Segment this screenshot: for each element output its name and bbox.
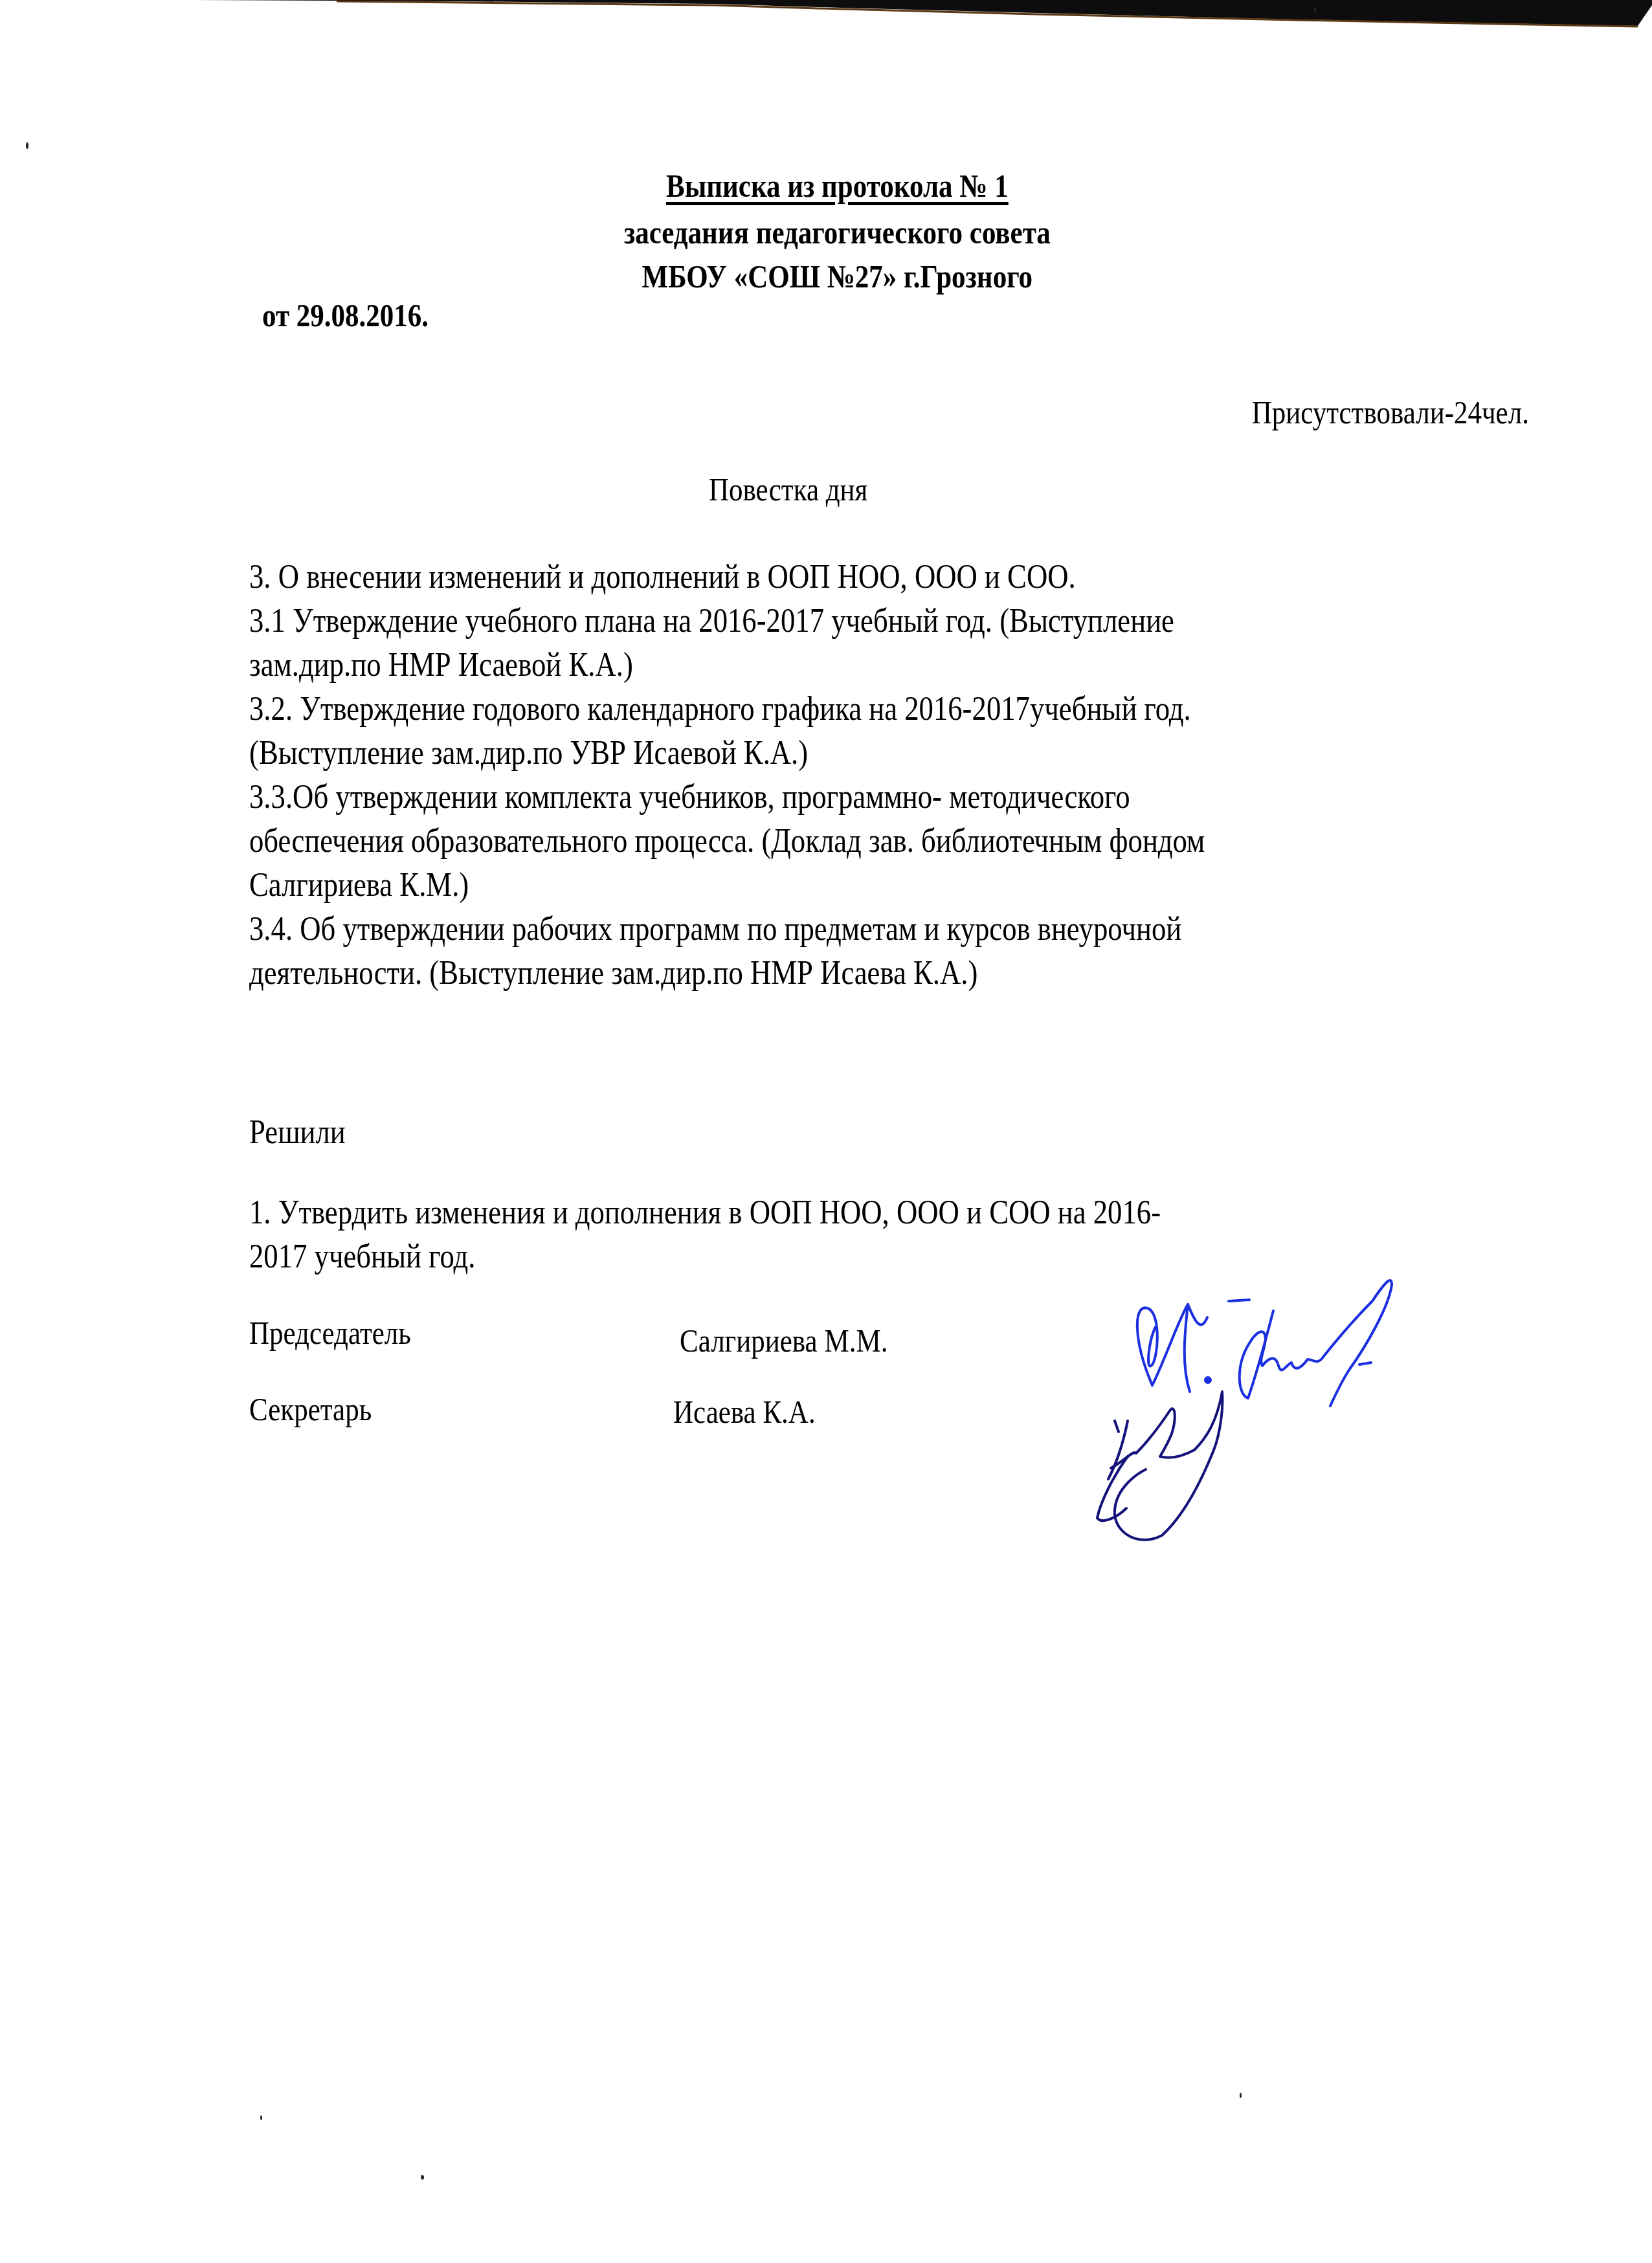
scan-speck bbox=[1240, 2093, 1242, 2098]
chair-signature-row: Председатель Салгириева М.М. bbox=[249, 1314, 1155, 1359]
secretary-role: Секретарь bbox=[249, 1390, 372, 1428]
agenda-line: 3.3.Об утверждении комплекта учебников, … bbox=[249, 775, 1530, 819]
decision-line: 1. Утвердить изменения и дополнения в ОО… bbox=[249, 1191, 1530, 1235]
attendance-count: Присутствовали-24чел. bbox=[1252, 394, 1529, 431]
chair-name: Салгириева М.М. bbox=[680, 1322, 887, 1359]
agenda-line: 3.4. Об утверждении рабочих программ по … bbox=[249, 908, 1530, 952]
agenda-line: обеспечения образовательного процесса. (… bbox=[249, 819, 1530, 864]
agenda-line: Салгириева К.М.) bbox=[249, 864, 1530, 908]
agenda-line: (Выступление зам.дир.по УВР Исаевой К.А.… bbox=[249, 731, 1530, 775]
handwritten-signature-icon bbox=[1088, 1262, 1411, 1554]
scan-edge-artifact bbox=[0, 0, 1652, 39]
secretary-signature-row: Секретарь Исаева К.А. bbox=[249, 1390, 1155, 1436]
agenda-line: деятельности. (Выступление зам.дир.по НМ… bbox=[249, 952, 1530, 996]
document-title: Выписка из протокола № 1 bbox=[127, 170, 1548, 202]
scan-speck bbox=[1314, 6, 1316, 13]
decision-heading: Решили bbox=[249, 1111, 1530, 1155]
scan-speck bbox=[421, 2175, 424, 2179]
chair-role: Председатель bbox=[249, 1314, 411, 1352]
title-line-3: МБОУ «СОШ №27» г.Грозного bbox=[127, 260, 1548, 293]
scan-speck bbox=[260, 2115, 262, 2120]
agenda-line: 3.2. Утверждение годового календарного г… bbox=[249, 687, 1530, 731]
agenda-line: 3.1 Утверждение учебного плана на 2016-2… bbox=[249, 599, 1530, 643]
agenda-line: зам.дир.по НМР Исаевой К.А.) bbox=[249, 643, 1530, 687]
title-line-1: Выписка из протокола № 1 bbox=[666, 168, 1009, 204]
secretary-name: Исаева К.А. bbox=[673, 1393, 816, 1431]
scan-speck bbox=[26, 142, 28, 149]
agenda-heading: Повестка дня bbox=[709, 471, 867, 508]
document-page: Выписка из протокола № 1 заседания педаг… bbox=[0, 0, 1652, 2263]
agenda-list: 3. О внесении изменений и дополнений в О… bbox=[249, 555, 1530, 996]
meeting-date: от 29.08.2016. bbox=[262, 296, 429, 334]
title-line-2: заседания педагогического совета bbox=[127, 216, 1548, 249]
agenda-line: 3. О внесении изменений и дополнений в О… bbox=[249, 555, 1530, 599]
